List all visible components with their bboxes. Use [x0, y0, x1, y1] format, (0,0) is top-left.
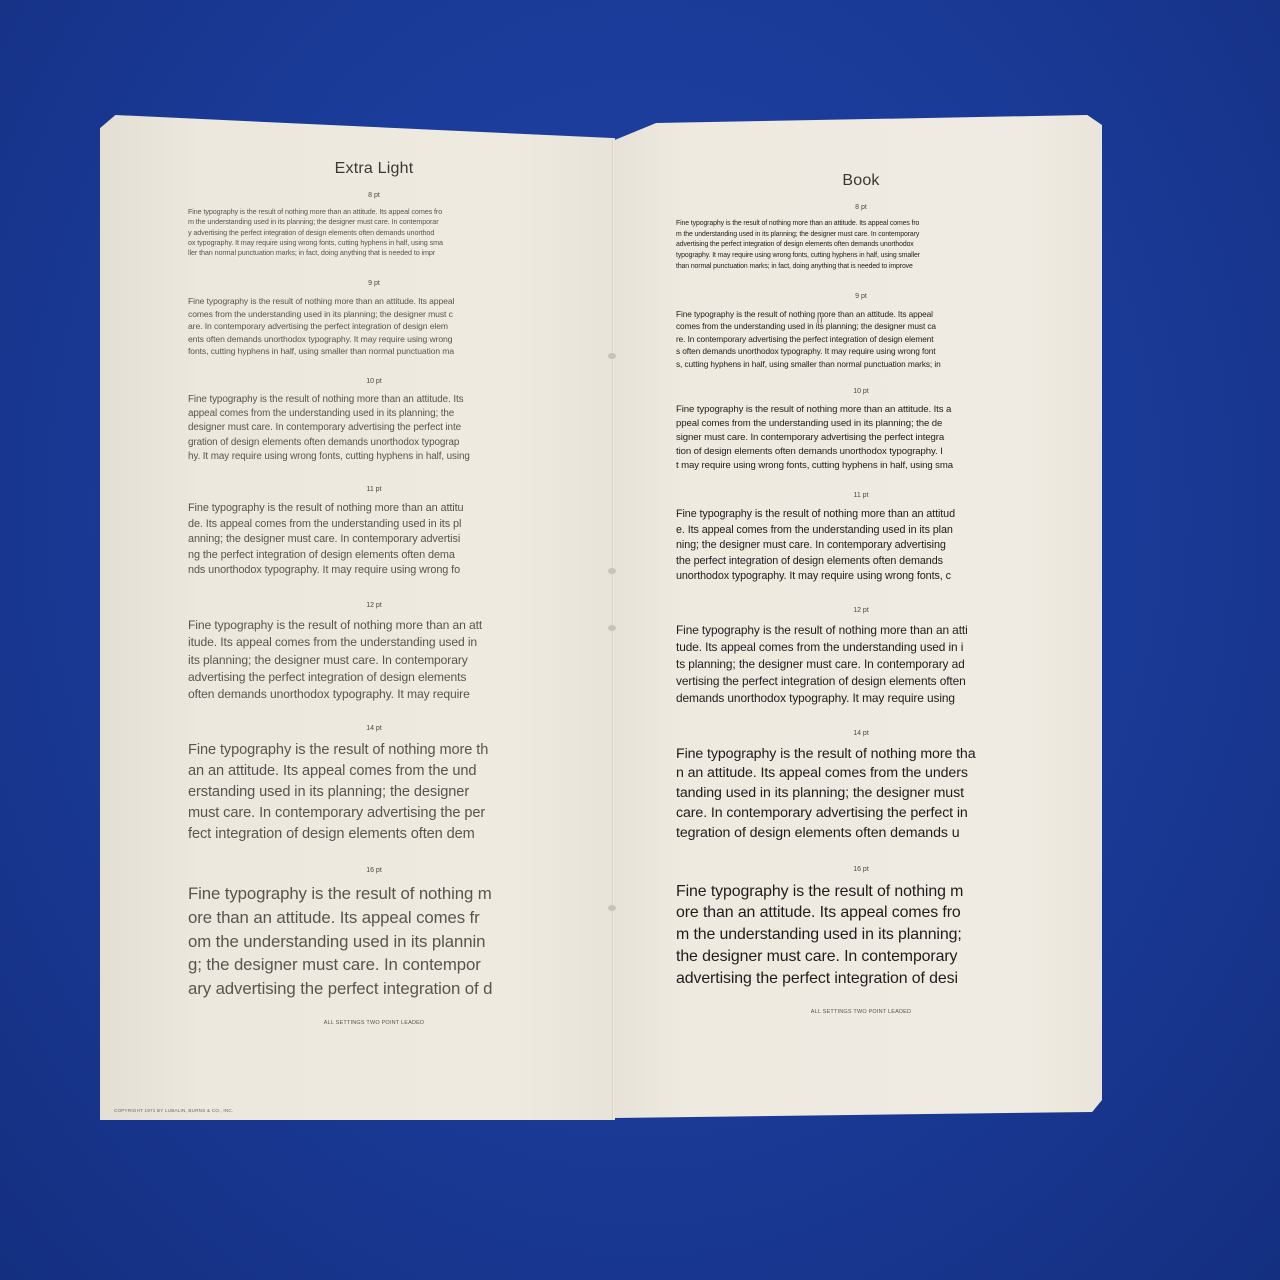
sample-line: advertising the perfect integration of d… [676, 240, 1046, 251]
sample-line: Fine typography is the result of nothing… [676, 622, 1046, 639]
sample-line: itude. Its appeal comes from the underst… [188, 634, 560, 651]
sample-line: tion of design elements often demands un… [676, 445, 1046, 459]
sample-line: unorthodox typography. It may require us… [676, 569, 1046, 584]
specimen-block: 14 ptFine typography is the result of no… [188, 725, 560, 845]
sample-paragraph: Fine typography is the result of nothing… [676, 403, 1046, 472]
specimen-block: 9 ptFine typography is the result of not… [676, 293, 1046, 371]
sample-paragraph: Fine typography is the result of nothing… [188, 295, 560, 358]
sample-line: e. Its appeal comes from the understandi… [676, 523, 1046, 538]
sample-line: ents often demands unorthodox typography… [188, 333, 560, 346]
sample-line: vertising the perfect integration of des… [676, 673, 1046, 690]
sample-line: appeal comes from the understanding used… [188, 407, 560, 421]
point-size-label: 10 pt [676, 388, 1046, 395]
sample-line: care. In contemporary advertising the pe… [676, 804, 1046, 824]
sample-line: Fine typography is the result of nothing… [188, 393, 560, 407]
sample-line: demands unorthodox typography. It may re… [676, 690, 1046, 707]
sample-line: Fine typography is the result of nothing… [676, 745, 1046, 765]
sample-line: ox typography. It may require using wron… [188, 238, 560, 248]
stitch-hole [608, 905, 616, 911]
sample-line: m the understanding used in its planning… [676, 924, 1046, 946]
specimen-block: 10 ptFine typography is the result of no… [188, 378, 560, 464]
sample-line: fonts, cutting hyphens in half, using sm… [188, 345, 560, 358]
specimen-block: 11 ptFine typography is the result of no… [676, 492, 1046, 584]
sample-line: Fine typography is the result of nothing… [676, 507, 1046, 522]
point-size-label: 8 pt [676, 204, 1046, 211]
sample-line: nds unorthodox typography. It may requir… [188, 563, 560, 579]
sample-line: tegration of design elements often deman… [676, 824, 1046, 844]
sample-line: t may require using wrong fonts, cutting… [676, 459, 1046, 473]
sample-line: s, cutting hyphens in half, using smalle… [676, 358, 1046, 371]
sample-paragraph: Fine typography is the result of nothing… [676, 622, 1046, 708]
sample-line: de. Its appeal comes from the understand… [188, 517, 560, 533]
point-size-label: 10 pt [188, 378, 560, 385]
sample-line: tanding used in its planning; the design… [676, 784, 1046, 804]
sample-line: g; the designer must care. In contempor [188, 953, 560, 977]
sample-line: Fine typography is the result of nothing… [676, 308, 1046, 321]
right-page-content: Book 8 ptFine typography is the result o… [676, 172, 1046, 1015]
sample-line: m the understanding used in its planning… [188, 217, 560, 227]
sample-line: typography. It may require using wrong f… [676, 251, 1046, 262]
sample-line: signer must care. In contemporary advert… [676, 431, 1046, 445]
sample-line: Fine typography is the result of nothing… [188, 882, 560, 906]
specimen-block: 16 ptFine typography is the result of no… [676, 866, 1046, 990]
sample-line: comes from the understanding used in its… [188, 308, 560, 321]
typeface-weight-title: Book [676, 172, 1046, 190]
sample-line: advertising the perfect integration of d… [188, 669, 560, 686]
point-size-label: 9 pt [188, 280, 560, 287]
pen-mark-icon [815, 315, 825, 325]
specimen-block: 10 ptFine typography is the result of no… [676, 388, 1046, 472]
sample-line: ary advertising the perfect integration … [188, 977, 560, 1001]
sample-paragraph: Fine typography is the result of nothing… [188, 501, 560, 579]
sample-paragraph: Fine typography is the result of nothing… [188, 882, 560, 1000]
sample-line: than normal punctuation marks; in fact, … [676, 262, 1046, 273]
sample-line: designer must care. In contemporary adve… [188, 421, 560, 435]
sample-line: n an attitude. Its appeal comes from the… [676, 764, 1046, 784]
sample-line: are. In contemporary advertising the per… [188, 320, 560, 333]
specimen-block: 9 ptFine typography is the result of not… [188, 280, 560, 358]
sample-line: erstanding used in its planning; the des… [188, 782, 560, 803]
sample-line: y advertising the perfect integration of… [188, 228, 560, 238]
specimen-block: 12 ptFine typography is the result of no… [188, 602, 560, 703]
sample-line: an an attitude. Its appeal comes from th… [188, 761, 560, 782]
sample-line: must care. In contemporary advertising t… [188, 803, 560, 824]
sample-line: Fine typography is the result of nothing… [676, 219, 1046, 230]
specimen-block: 8 ptFine typography is the result of not… [188, 192, 560, 258]
sample-paragraph: Fine typography is the result of nothing… [188, 207, 560, 258]
point-size-label: 11 pt [676, 492, 1046, 499]
leading-footnote: ALL SETTINGS TWO POINT LEADED [676, 1009, 1046, 1015]
sample-line: s often demands unorthodox typography. I… [676, 345, 1046, 358]
sample-line: Fine typography is the result of nothing… [188, 207, 560, 217]
sample-paragraph: Fine typography is the result of nothing… [188, 617, 560, 703]
sample-line: anning; the designer must care. In conte… [188, 532, 560, 548]
sample-line: often demands unorthodox typography. It … [188, 686, 560, 703]
specimen-block: 8 ptFine typography is the result of not… [676, 204, 1046, 273]
sample-paragraph: Fine typography is the result of nothing… [676, 507, 1046, 584]
sample-line: m the understanding used in its planning… [676, 230, 1046, 241]
left-page-content: Extra Light 8 ptFine typography is the r… [188, 160, 560, 1026]
sample-paragraph: Fine typography is the result of nothing… [676, 308, 1046, 371]
typeface-weight-title: Extra Light [188, 160, 560, 178]
sample-line: ller than normal punctuation marks; in f… [188, 248, 560, 258]
sample-line: re. In contemporary advertising the perf… [676, 333, 1046, 346]
sample-line: fect integration of design elements ofte… [188, 824, 560, 845]
specimen-block: 12 ptFine typography is the result of no… [676, 607, 1046, 708]
stitch-hole [608, 568, 616, 574]
sample-line: Fine typography is the result of nothing… [188, 295, 560, 308]
specimen-block: 16 ptFine typography is the result of no… [188, 867, 560, 1000]
sample-line: Fine typography is the result of nothing… [188, 501, 560, 517]
sample-line: Fine typography is the result of nothing… [676, 881, 1046, 903]
sample-line: ore than an attitude. Its appeal comes f… [188, 906, 560, 930]
sample-line: ore than an attitude. Its appeal comes f… [676, 902, 1046, 924]
point-size-label: 14 pt [676, 730, 1046, 737]
point-size-label: 9 pt [676, 293, 1046, 300]
stitch-hole [608, 353, 616, 359]
specimen-block: 11 ptFine typography is the result of no… [188, 486, 560, 579]
sample-line: om the understanding used in its plannin [188, 930, 560, 954]
point-size-label: 16 pt [188, 867, 560, 874]
sample-line: ng the perfect integration of design ele… [188, 548, 560, 564]
sample-line: Fine typography is the result of nothing… [676, 403, 1046, 417]
stitch-hole [608, 625, 616, 631]
point-size-label: 11 pt [188, 486, 560, 493]
leading-footnote: ALL SETTINGS TWO POINT LEADED [188, 1020, 560, 1026]
sample-paragraph: Fine typography is the result of nothing… [676, 881, 1046, 990]
sample-line: ning; the designer must care. In contemp… [676, 538, 1046, 553]
specimen-block: 14 ptFine typography is the result of no… [676, 730, 1046, 844]
point-size-label: 12 pt [676, 607, 1046, 614]
point-size-label: 12 pt [188, 602, 560, 609]
sample-line: tude. Its appeal comes from the understa… [676, 639, 1046, 656]
sample-paragraph: Fine typography is the result of nothing… [676, 219, 1046, 273]
sample-line: advertising the perfect integration of d… [676, 968, 1046, 990]
sample-line: Fine typography is the result of nothing… [188, 617, 560, 634]
point-size-label: 14 pt [188, 725, 560, 732]
copyright-notice: COPYRIGHT 1971 BY LUBALIN, BURNS & CO., … [114, 1108, 233, 1113]
sample-line: its planning; the designer must care. In… [188, 652, 560, 669]
sample-line: ppeal comes from the understanding used … [676, 417, 1046, 431]
point-size-label: 16 pt [676, 866, 1046, 873]
sample-line: the designer must care. In contemporary [676, 946, 1046, 968]
sample-line: hy. It may require using wrong fonts, cu… [188, 450, 560, 464]
sample-line: Fine typography is the result of nothing… [188, 740, 560, 761]
sample-line: gration of design elements often demands… [188, 436, 560, 450]
sample-line: comes from the understanding used in its… [676, 320, 1046, 333]
open-type-specimen-booklet: Extra Light 8 ptFine typography is the r… [0, 0, 1280, 1280]
sample-paragraph: Fine typography is the result of nothing… [188, 393, 560, 464]
sample-line: ts planning; the designer must care. In … [676, 656, 1046, 673]
sample-paragraph: Fine typography is the result of nothing… [188, 740, 560, 845]
sample-paragraph: Fine typography is the result of nothing… [676, 745, 1046, 844]
sample-line: the perfect integration of design elemen… [676, 554, 1046, 569]
point-size-label: 8 pt [188, 192, 560, 199]
